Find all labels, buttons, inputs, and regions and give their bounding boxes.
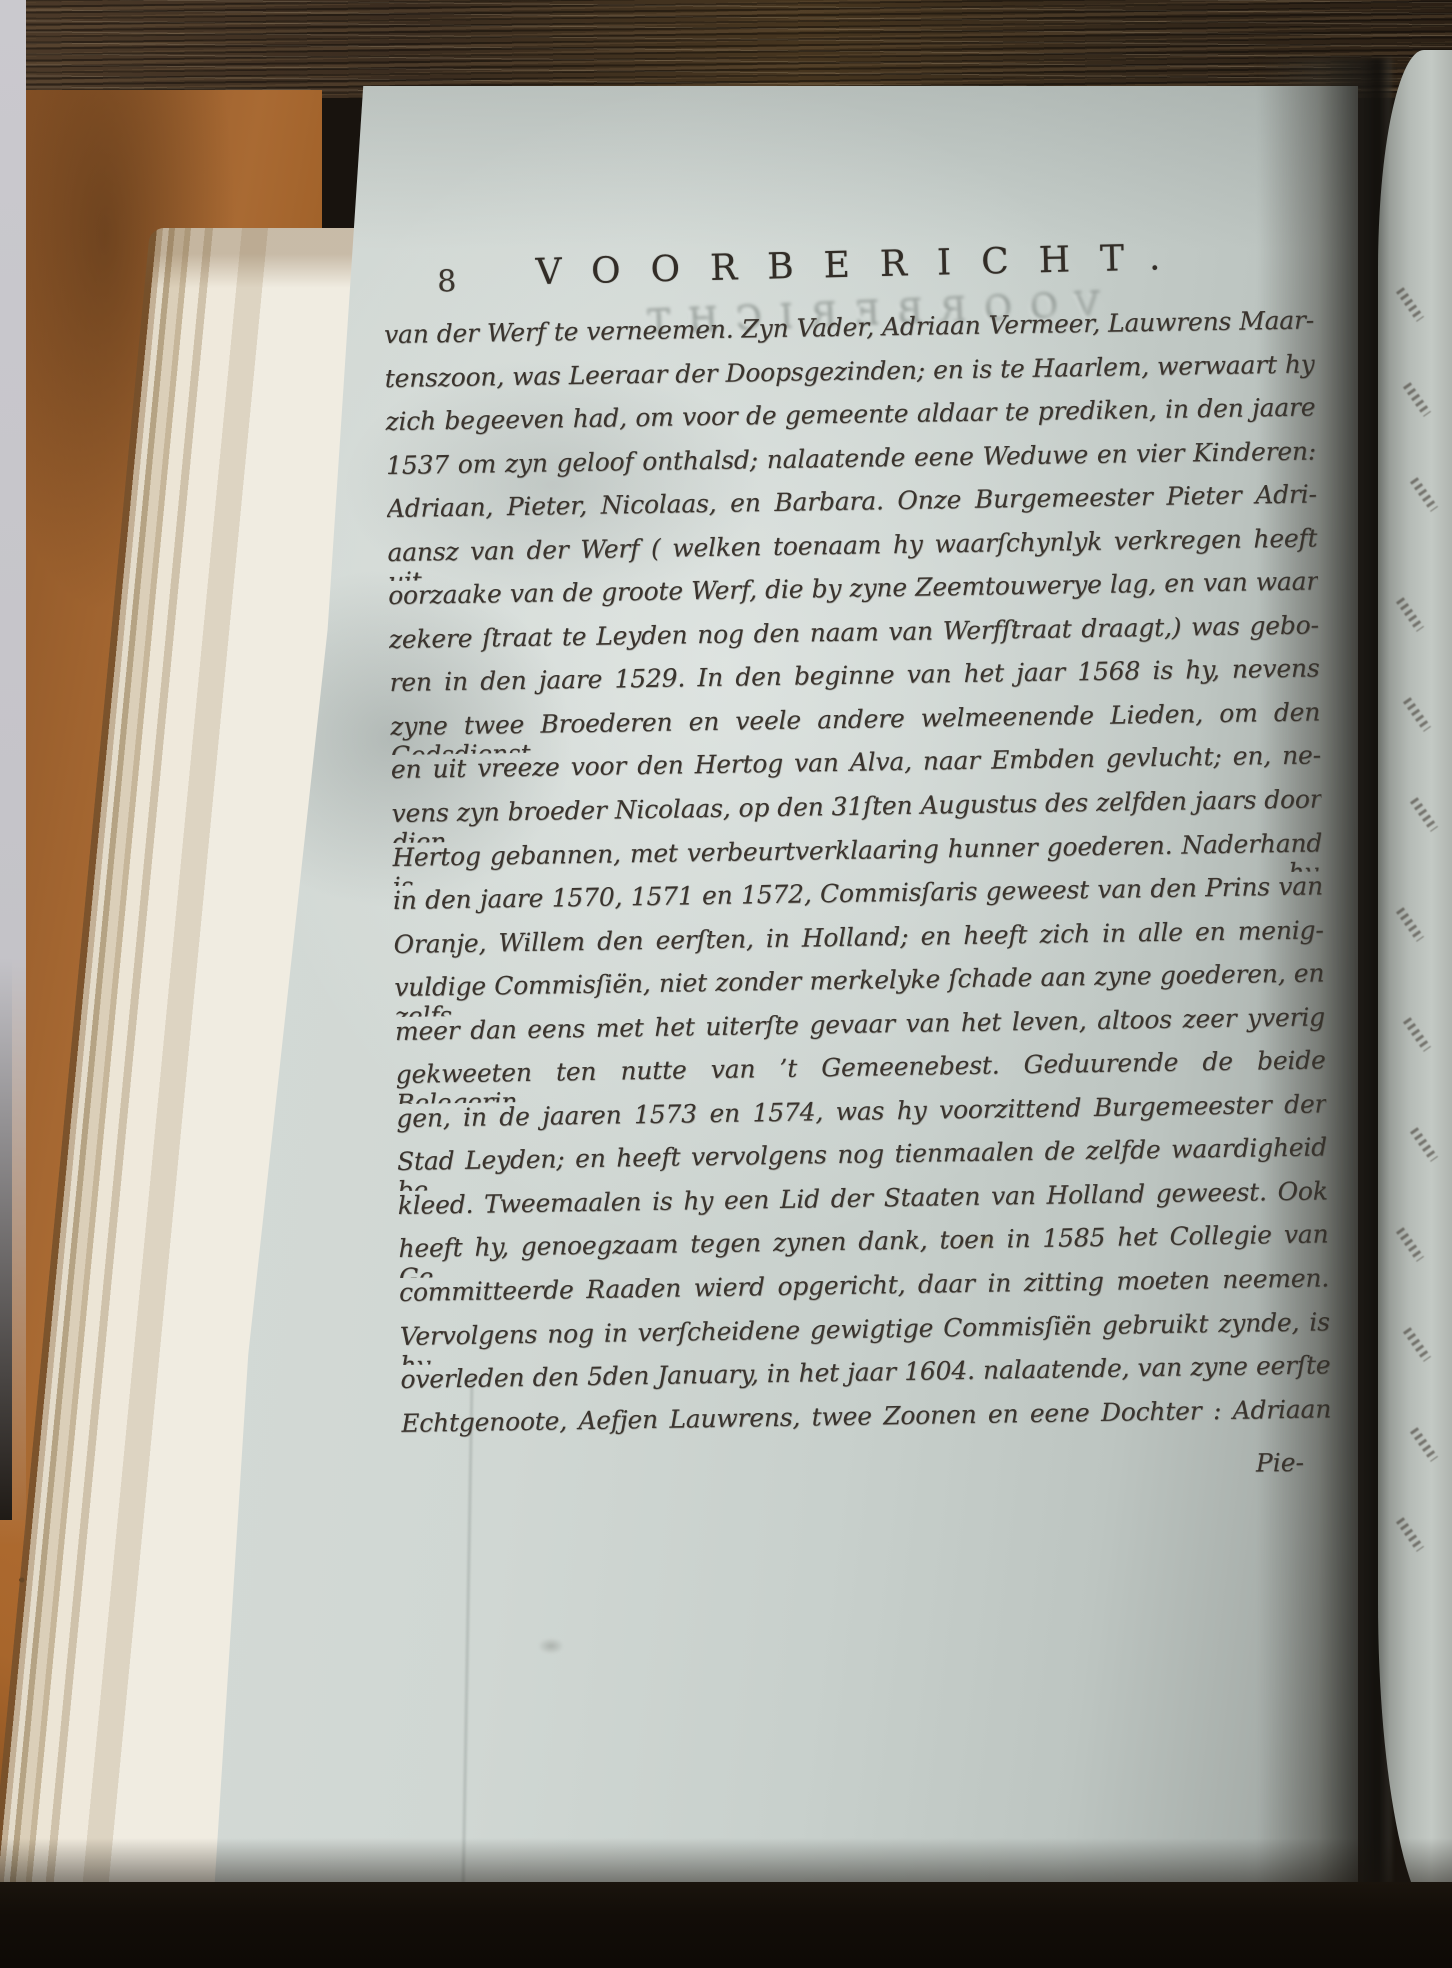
photo-of-open-book: { "page": { "number": "8", "running_titl… bbox=[0, 0, 1452, 1968]
table-shadow bbox=[0, 1882, 1452, 1968]
next-page-text-fragment bbox=[1396, 907, 1424, 942]
next-page-text-fragment bbox=[1396, 597, 1424, 632]
wood-table-top bbox=[0, 0, 1452, 98]
catchword: Pie- bbox=[402, 1447, 1332, 1491]
next-page-text-fragment bbox=[1396, 1227, 1424, 1262]
book-page: 8 VOORBERICHT. VOORBERICHT van der Werf … bbox=[208, 86, 1358, 1898]
next-page-text-fragment bbox=[1410, 1127, 1438, 1162]
next-page-text-fragment bbox=[1410, 477, 1438, 512]
gutter-shadow bbox=[1258, 58, 1392, 1936]
next-page-text-fragment bbox=[1396, 1517, 1424, 1552]
printed-text-block: 8 VOORBERICHT. VOORBERICHT van der Werf … bbox=[380, 71, 1338, 1897]
next-page-text-fragment bbox=[1410, 1427, 1438, 1462]
bottom-shadow-fade bbox=[0, 1838, 1452, 1888]
next-page-text-fragment bbox=[1403, 382, 1431, 417]
next-page-fore-edge bbox=[1378, 50, 1452, 1932]
next-page-text-fragment bbox=[1403, 1327, 1431, 1362]
next-page-text-fragment bbox=[1410, 797, 1438, 832]
body-text: van der Werf te verneemen. Zyn Vader, Ad… bbox=[384, 305, 1332, 1452]
photo-left-edge-strip bbox=[0, 0, 26, 1545]
next-page-text-fragment bbox=[1396, 287, 1424, 322]
next-page-text-fragment bbox=[1403, 697, 1431, 732]
next-page-text-fragment bbox=[1403, 1017, 1431, 1052]
